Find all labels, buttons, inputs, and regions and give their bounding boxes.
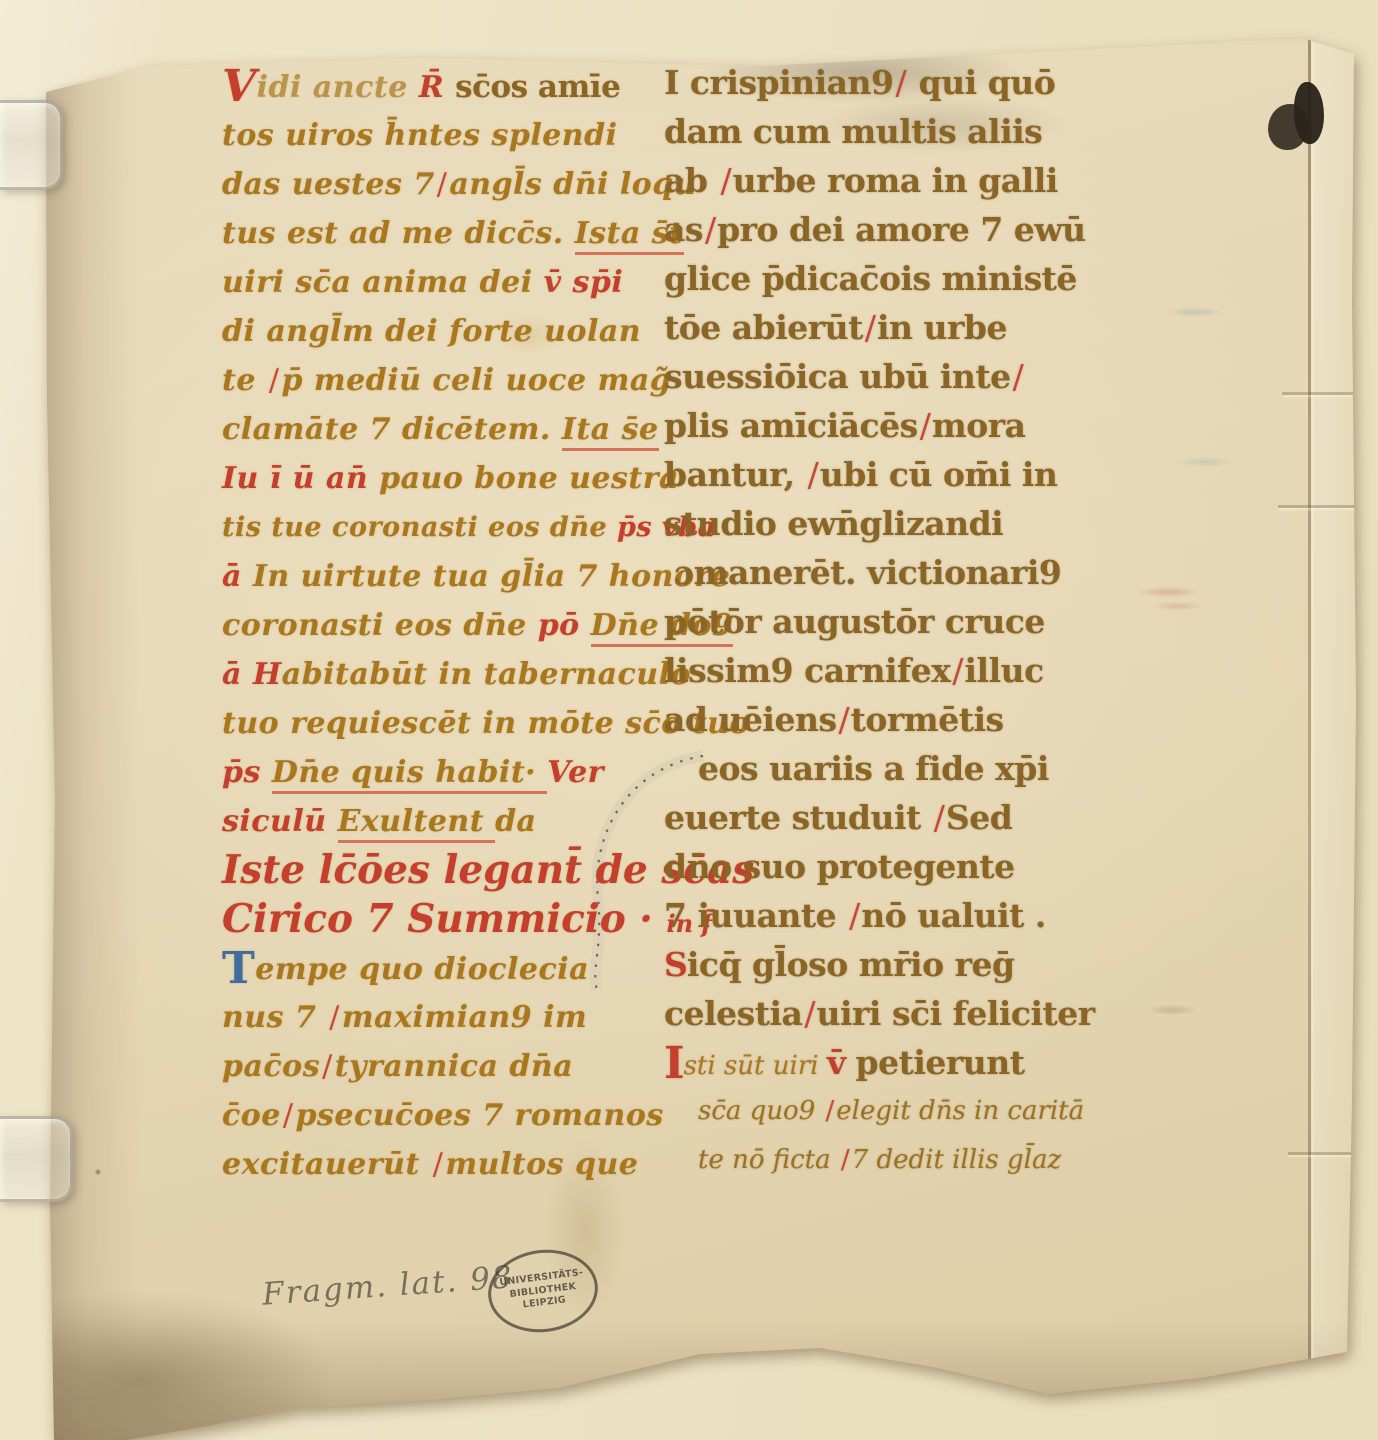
crease-horizontal-2 xyxy=(1278,505,1356,508)
manuscript-line: suessiōica ubū inte/ xyxy=(664,352,1095,401)
manuscript-line: I crispinian9/ qui quō xyxy=(664,58,1095,107)
manuscript-line: tōe abierūt/in urbe xyxy=(664,303,1095,352)
crease-horizontal-1 xyxy=(1282,392,1354,395)
manuscript-line: euerte studuit /Sed xyxy=(664,793,1095,842)
manuscript-line: plis amīciācēs/mora xyxy=(664,401,1095,450)
manuscript-line: pōtōr augustōr cruce xyxy=(664,597,1095,646)
manuscript-line: Sicq̄ gl̄oso mr̄io reḡ xyxy=(664,940,1095,989)
fold-crease-vertical xyxy=(1308,0,1311,1440)
text-column-right: I crispinian9/ qui quōdam cum multis ali… xyxy=(664,58,1095,1185)
manuscript-line: 7 iuuante /nō ualuit . xyxy=(664,891,1095,940)
manuscript-line: te nō ficta /7 dedit illis gl̄az xyxy=(664,1136,1095,1185)
mounting-clip-bottom xyxy=(0,1116,73,1202)
manuscript-leaf: Vidi ancte R̄ sc̄os amīetos uiros h̄ntes… xyxy=(0,0,1378,1440)
manuscript-line: lissim9 carnifex/illuc xyxy=(664,646,1095,695)
soiled-top-edge xyxy=(0,0,1378,46)
ink-blot-secondary xyxy=(1268,104,1308,150)
parchment-surface: Vidi ancte R̄ sc̄os amīetos uiros h̄ntes… xyxy=(0,0,1378,1440)
mounting-clip-top xyxy=(0,100,63,190)
manuscript-line: as/pro dei amore 7 ewū xyxy=(664,205,1095,254)
manuscript-line: sc̄a quo9 /elegit dn̄s in caritā xyxy=(664,1087,1095,1136)
manuscript-line: celestia/uiri sc̄i feliciter xyxy=(664,989,1095,1038)
manuscript-line: eos uariis a fide xp̄i xyxy=(664,744,1095,793)
folded-edge-strip xyxy=(1312,0,1378,1440)
photograph-mat: Vidi ancte R̄ sc̄os amīetos uiros h̄ntes… xyxy=(0,0,1378,1440)
pencil-scribble-top-right xyxy=(1351,70,1378,120)
manuscript-line: bantur, /ubi cū om̄i in xyxy=(664,450,1095,499)
manuscript-line: dn̄o suo protegente xyxy=(664,842,1095,891)
manuscript-line: glice p̄dicac̄ois ministē xyxy=(664,254,1095,303)
crease-horizontal-3 xyxy=(1288,1152,1352,1155)
manuscript-line: ad uēiens/tormētis xyxy=(664,695,1095,744)
manuscript-line: ɔmanerēt. victionari9 xyxy=(664,548,1095,597)
manuscript-line: dam cum multis aliis xyxy=(664,107,1095,156)
manuscript-line: studio ewn̄glizandi xyxy=(664,499,1095,548)
manuscript-line: ab /urbe roma in galli xyxy=(664,156,1095,205)
manuscript-line: Isti sūt uiri v̄ petierunt xyxy=(664,1038,1095,1087)
